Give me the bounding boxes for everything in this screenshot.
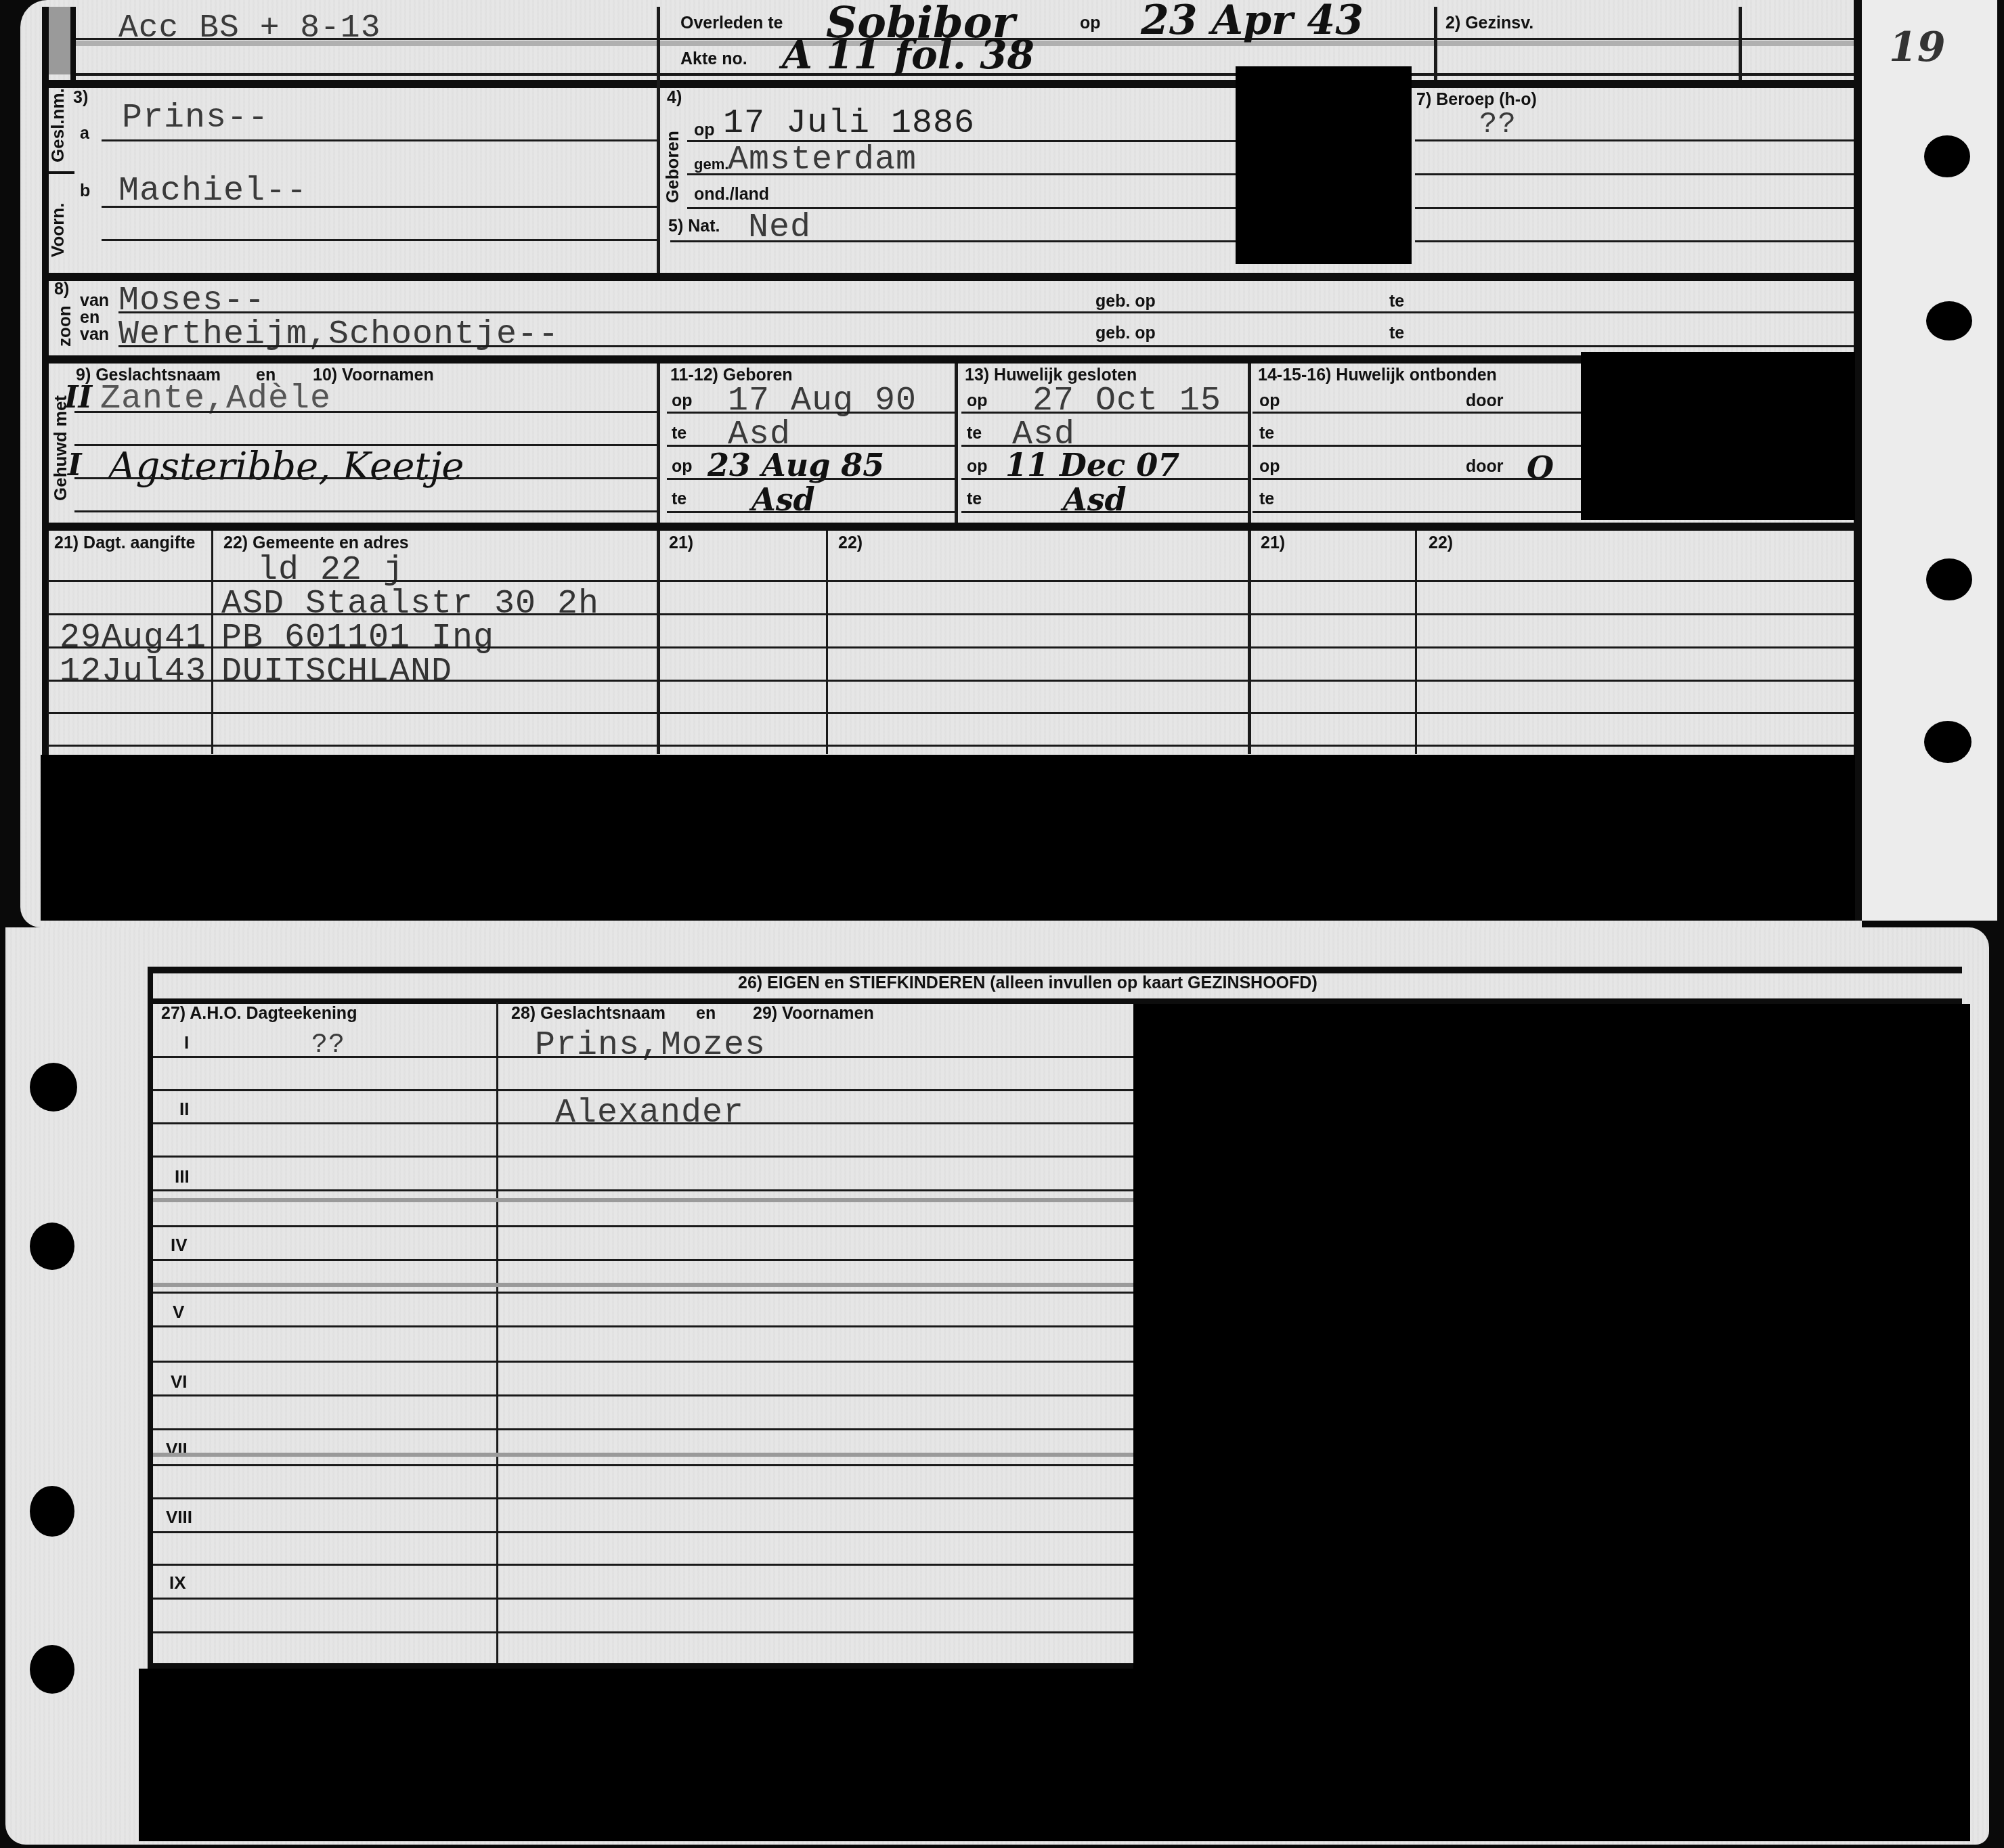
col-27-label: 27) A.H.O. Dagteekening — [161, 1005, 357, 1022]
col-29-label: 29) Voornamen — [753, 1005, 874, 1022]
marriage-col-divider-1 — [657, 364, 660, 526]
address-row-line-1 — [47, 580, 660, 582]
header-divider-1 — [657, 7, 660, 81]
punch-hole — [1924, 721, 1972, 763]
married-2-te-label: te — [967, 425, 982, 442]
occupation-line-4 — [1415, 240, 1854, 242]
father-te-label: te — [1389, 293, 1404, 310]
row-band — [153, 1453, 1133, 1457]
occupation-label: 7) Beroep (h-o) — [1416, 91, 1537, 108]
a-label: a — [80, 125, 89, 142]
page-number-handwritten: 19 — [1889, 27, 1946, 68]
surname-value: Prins-- — [122, 102, 269, 135]
dissolved-1-te-line — [1252, 511, 1584, 513]
row-line — [153, 1259, 1133, 1261]
section-separator — [42, 80, 1854, 88]
address-col-divider-1 — [211, 531, 213, 754]
address-right-line-5 — [660, 712, 1854, 714]
redacted-block — [41, 755, 1855, 921]
born-1-op-line — [667, 478, 955, 480]
address-row-line-3 — [47, 646, 660, 648]
married-1-te-label: te — [967, 491, 982, 508]
back-col-divider-1 — [496, 1002, 498, 1669]
row-line — [153, 1122, 1133, 1124]
row-numeral: II — [179, 1100, 189, 1118]
birth-date-value: 17 Juli 1886 — [723, 107, 975, 141]
row-line — [153, 1325, 1133, 1327]
dissolved-1-op-label: op — [1259, 458, 1280, 475]
card-edge-texture — [49, 7, 70, 74]
row-line — [153, 1497, 1133, 1499]
born-1-te-label: te — [672, 491, 687, 508]
row-line — [153, 1531, 1133, 1533]
row-band — [153, 1283, 1133, 1287]
dissolved-2-te-line — [1252, 445, 1584, 447]
mother-van-label: van — [80, 326, 109, 343]
dissolved-1-te-label: te — [1259, 491, 1274, 508]
dissolved-2-op-line — [1252, 412, 1584, 414]
row-numeral: IV — [171, 1236, 188, 1254]
b-label: b — [80, 183, 90, 200]
address-right-line-6 — [660, 745, 1854, 747]
married-1-op-line — [961, 478, 1249, 480]
row-numeral: V — [173, 1303, 184, 1321]
gesl-voorn-divider — [47, 171, 74, 174]
mother-geb-op-label: geb. op — [1095, 325, 1156, 342]
married-2-op-label: op — [967, 393, 988, 410]
spouse-1-line — [74, 477, 657, 479]
row-line — [153, 1056, 1133, 1058]
marriage-1-numeral: I — [68, 451, 82, 481]
address-date-3: 29Aug41 — [60, 621, 206, 655]
row-band — [153, 1198, 1133, 1202]
spouse-2-line — [74, 411, 657, 413]
gem-label: gem. — [694, 157, 728, 172]
parents-en-label: en — [80, 309, 100, 326]
address-date-4: 12Jul43 — [60, 655, 206, 689]
gesl-nm-vertical-label: Gesl.nm. — [49, 88, 66, 162]
row-line — [153, 1089, 1133, 1091]
voorn-vertical-label: Voorn. — [49, 203, 66, 257]
father-geb-op-label: geb. op — [1095, 293, 1156, 310]
married-1-te-line — [961, 511, 1249, 513]
punch-hole — [1924, 135, 1970, 177]
born-1-op-value: 23 Aug 85 — [707, 449, 884, 481]
row-numeral: VIII — [166, 1508, 192, 1526]
redacted-block — [1133, 1004, 1970, 1681]
row-line — [153, 1464, 1133, 1466]
punch-hole — [30, 1486, 74, 1537]
nationality-line — [670, 240, 1236, 242]
address-right-line-4 — [660, 680, 1854, 682]
address-col-divider-3 — [826, 531, 828, 754]
row-line — [153, 1428, 1133, 1430]
gezinsv-label: 2) Gezinsv. — [1445, 15, 1533, 32]
spouse-1-line-b — [74, 510, 657, 512]
address-line-4: DUITSCHLAND — [221, 655, 452, 689]
redacted-block — [1581, 352, 1855, 520]
row-line — [153, 1598, 1133, 1600]
mother-te-label: te — [1389, 325, 1404, 342]
address-line-3: PB 601101 Ing — [221, 621, 494, 655]
born-2-op-line — [667, 412, 955, 414]
nationality-label: 5) Nat. — [668, 218, 720, 235]
row-aho-date: ?? — [311, 1032, 345, 1059]
overleden-op-label: op — [1080, 15, 1101, 32]
occupation-line-2 — [1415, 173, 1854, 175]
section-separator — [42, 523, 1854, 531]
address-line-1: ld 22 j — [257, 554, 404, 588]
marriage-col-divider-2 — [955, 364, 958, 526]
father-van-label: van — [80, 292, 109, 309]
punch-hole — [1926, 301, 1972, 340]
address-col-divider-2 — [657, 531, 660, 754]
dissolved-1-door-label: door — [1466, 458, 1504, 475]
address-line-2: ASD Staalstr 30 2h — [221, 588, 599, 621]
occupation-line-1 — [1415, 139, 1854, 141]
surname-line — [102, 139, 657, 141]
geboren-vertical-label: Geboren — [663, 131, 681, 203]
section-3-num: 3) — [73, 89, 88, 106]
row-line — [153, 1394, 1133, 1396]
section-8-num: 8) — [54, 281, 69, 298]
punch-hole — [30, 1063, 77, 1112]
father-line — [118, 311, 1854, 313]
section-26-title: 26) EIGEN en STIEFKINDEREN (alleen invul… — [738, 975, 1317, 992]
given-names-line-2 — [102, 239, 657, 241]
married-1-op-value: 11 Dec 07 — [1005, 449, 1179, 481]
row-line — [153, 1189, 1133, 1191]
back-section-bottom-border — [148, 1663, 1133, 1669]
address-right-line-3 — [660, 646, 1854, 648]
section-4-num: 4) — [667, 89, 682, 106]
spouse-1-name: Agsteribbe, Keetje — [108, 448, 464, 486]
child-name-continued: Alexander — [555, 1097, 744, 1130]
back-section-top-border — [148, 967, 1962, 973]
married-2-op-line — [961, 412, 1249, 414]
marriage-2-numeral: II — [64, 383, 92, 413]
occupation-value: ?? — [1479, 110, 1517, 139]
col-22b-label: 22) — [838, 535, 863, 552]
col-en-label: en — [696, 1005, 716, 1022]
back-card-left-border — [148, 967, 153, 1669]
overleden-op-value: 23 Apr 43 — [1141, 0, 1364, 41]
row-numeral: IX — [169, 1574, 186, 1591]
address-right-line-1 — [660, 580, 1854, 582]
dissolved-2-door-label: door — [1466, 393, 1504, 410]
row-line — [153, 1156, 1133, 1158]
col-22c-label: 22) — [1429, 535, 1453, 552]
dissolved-2-op-label: op — [1259, 393, 1280, 410]
born-2-op-label: op — [672, 393, 693, 410]
row-line — [153, 1292, 1133, 1294]
back-section-header-border — [148, 998, 1962, 1004]
row-numeral: VI — [171, 1373, 188, 1390]
col-21-label: 21) Dagt. aangifte — [54, 535, 195, 552]
akte-no-label: Akte no. — [680, 51, 747, 68]
row-numeral: III — [175, 1168, 190, 1185]
born-1-te-line — [667, 511, 955, 513]
married-1-op-label: op — [967, 458, 988, 475]
row-line — [153, 1564, 1133, 1566]
birth-municipality-value: Amsterdam — [728, 144, 917, 177]
birth-op-label: op — [694, 122, 715, 139]
born-2-te-label: te — [672, 425, 687, 442]
punch-hole — [30, 1645, 74, 1694]
col-21b-label: 21) — [669, 535, 693, 552]
col-28-label: 28) Geslachtsnaam — [511, 1005, 666, 1022]
dissolved-2-te-label: te — [1259, 425, 1274, 442]
mother-line — [118, 345, 1854, 347]
col-22-label: 22) Gemeente en adres — [223, 535, 409, 552]
given-names-value: Machiel-- — [118, 175, 307, 208]
redacted-block — [1236, 66, 1412, 264]
punch-hole — [1926, 558, 1972, 600]
header-divider-2 — [1434, 7, 1437, 81]
address-row-line-2 — [47, 613, 660, 615]
row-line — [153, 1631, 1133, 1633]
col-21c-label: 21) — [1261, 535, 1285, 552]
marriage-col-divider-3 — [1248, 364, 1251, 526]
ond-land-label: ond./land — [694, 186, 769, 203]
birth-municipality-line — [687, 173, 1236, 175]
occupation-line-3 — [1415, 207, 1854, 209]
address-col-divider-5 — [1415, 531, 1417, 754]
redacted-block — [139, 1669, 1970, 1841]
name-birth-divider — [657, 80, 660, 276]
address-right-line-2 — [660, 613, 1854, 615]
address-col-divider-4 — [1248, 531, 1251, 754]
born-1-op-label: op — [672, 458, 693, 475]
overleden-te-label: Overleden te — [680, 15, 783, 32]
address-row-line-4 — [47, 680, 660, 682]
address-row-line-5 — [47, 712, 660, 714]
zoon-vertical-label: zoon — [56, 305, 73, 347]
header-left-border — [70, 7, 76, 81]
front-card-tab — [1862, 0, 1997, 921]
section-separator — [42, 273, 1854, 281]
given-names-line — [102, 206, 657, 208]
dissolved-1-op-line — [1252, 478, 1584, 480]
row-numeral: I — [184, 1034, 189, 1051]
punch-hole — [30, 1223, 74, 1270]
akte-no-value: A 11 fol. 38 — [782, 35, 1034, 74]
header-divider-3 — [1739, 7, 1742, 81]
col-dissolved-label: 14-15-16) Huwelijk ontbonden — [1258, 367, 1497, 384]
row-line — [153, 1225, 1133, 1227]
address-row-line-6 — [47, 745, 660, 747]
row-line — [153, 1361, 1133, 1363]
